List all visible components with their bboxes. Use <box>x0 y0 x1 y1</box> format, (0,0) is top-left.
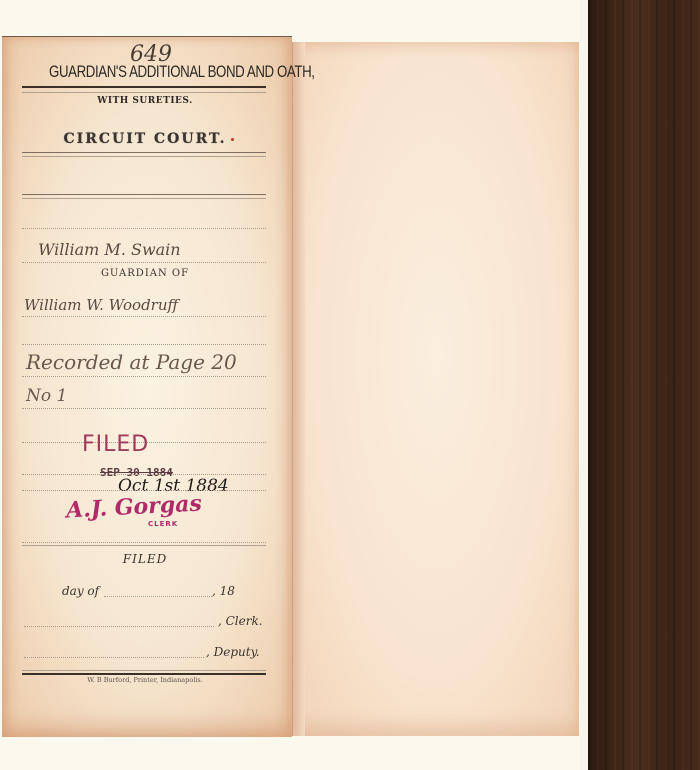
blank-line <box>22 228 266 229</box>
blank-line-3 <box>22 408 266 409</box>
footer-thick-rule <box>22 673 266 675</box>
document-back-panel <box>292 42 579 736</box>
blank-line-2 <box>22 344 266 345</box>
filed-print-label: FILED <box>22 552 268 566</box>
guardian-name: William M. Swain <box>38 240 181 259</box>
recorded-note-line2: No 1 <box>26 386 67 406</box>
blank-line-6 <box>22 490 266 491</box>
deputy-label: , Deputy. <box>206 645 260 659</box>
court-bottom-rule <box>22 194 266 195</box>
clerk-blank <box>24 626 214 627</box>
guardian-name-line <box>22 262 266 263</box>
court-bottom-rule-2 <box>22 198 266 199</box>
header-top-rule <box>22 86 266 88</box>
day-of-blank <box>104 596 212 597</box>
recorded-line <box>22 376 266 377</box>
year-prefix: , 18 <box>212 584 235 598</box>
wood-surface-background <box>588 0 700 770</box>
deputy-blank <box>24 657 204 658</box>
guardian-of-label: GUARDIAN OF <box>22 268 268 279</box>
blank-line-5 <box>22 474 266 475</box>
ward-name-line <box>22 316 266 317</box>
blank-line-7 <box>22 542 266 543</box>
ward-name: William W. Woodruff <box>24 296 178 314</box>
footer-thin-rule <box>22 670 266 671</box>
recorded-note-line1: Recorded at Page 20 <box>26 350 237 374</box>
court-top-rule <box>22 152 266 153</box>
document-title: GUARDIAN'S ADDITIONAL BOND AND OATH, <box>49 62 241 82</box>
fold-crease <box>293 42 305 736</box>
clerk-stamp-label: CLERK <box>148 520 178 528</box>
header-thin-rule <box>22 92 266 93</box>
filed-section-rule <box>22 545 266 546</box>
filed-stamp: FILED <box>82 432 149 457</box>
document-subtitle: WITH SURETIES. <box>22 96 268 106</box>
court-name: CIRCUIT COURT. <box>22 131 268 147</box>
court-top-rule-2 <box>22 156 266 157</box>
clerk-label: , Clerk. <box>218 614 263 628</box>
day-of-label: day of <box>62 584 99 598</box>
printer-credit: W. B Burford, Printer, Indianapolis. <box>22 676 268 684</box>
